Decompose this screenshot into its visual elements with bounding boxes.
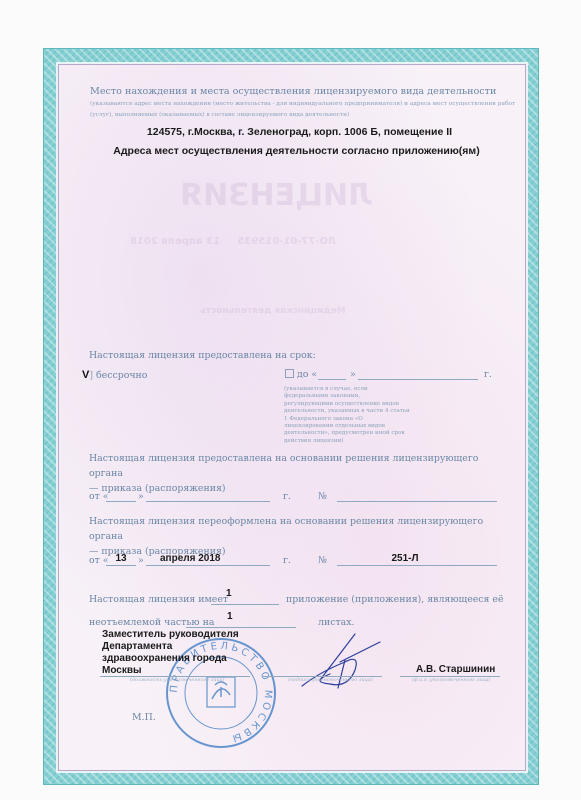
- appendix-count-value: 1: [226, 588, 232, 599]
- signatory-position: Заместитель руководителя Департамента зд…: [102, 629, 239, 677]
- appendix-line1-suffix: приложение (приложения), являющееся её: [286, 594, 504, 605]
- reissued-number-value: 251-Л: [345, 553, 465, 564]
- reissued-year-suffix: г.: [283, 555, 291, 566]
- appendix-line1-prefix: Настоящая лицензия имеет: [89, 594, 228, 605]
- appendix-line2-suffix: листах.: [318, 617, 355, 628]
- granted-number-label: №: [318, 491, 327, 502]
- granted-number-field[interactable]: [337, 501, 497, 502]
- until-date-field[interactable]: [358, 379, 478, 380]
- until-note: (указывается в случае, если федеральными…: [284, 386, 410, 445]
- granted-text-line2: — приказа (распоряжения): [89, 481, 509, 496]
- until-mid: »: [350, 369, 356, 380]
- granted-year-suffix: г.: [283, 491, 291, 502]
- reissued-month-year-field[interactable]: [146, 565, 270, 566]
- granted-day-field[interactable]: [106, 501, 136, 502]
- seal-label: М.П.: [132, 712, 156, 723]
- appendix-sheets-value: 1: [227, 611, 233, 622]
- term-until-option[interactable]: до «: [285, 369, 317, 380]
- until-checkbox[interactable]: [285, 369, 294, 378]
- reissued-day-value: 13: [106, 553, 136, 564]
- position-field: [100, 676, 250, 677]
- until-year-suffix: г.: [484, 369, 492, 380]
- granted-text-line1: Настоящая лицензия предоставлена на осно…: [89, 451, 509, 481]
- position-line: Департамента: [102, 641, 239, 653]
- until-day-field[interactable]: [318, 379, 346, 380]
- appendix-sheets-field[interactable]: [186, 627, 296, 628]
- name-field: [400, 676, 500, 677]
- addresses-note: Адреса мест осуществления деятельности с…: [0, 145, 581, 157]
- signature-caption: (подпись уполномоченного лица): [288, 678, 373, 683]
- address-value: 124575, г.Москва, г. Зеленоград, корп. 1…: [0, 126, 581, 138]
- granted-from-mid: »: [138, 491, 144, 502]
- reissued-number-field[interactable]: [337, 565, 497, 566]
- location-heading-text: Место нахождения и места осуществления л…: [90, 86, 496, 97]
- signatory-name: А.В. Старшинин: [416, 664, 495, 675]
- granted-month-year-field[interactable]: [146, 501, 270, 502]
- term-indefinite-option[interactable]: V] бессрочно: [82, 369, 147, 381]
- reissued-text-line1: Настоящая лицензия переоформлена на осно…: [89, 514, 509, 544]
- granted-text: Настоящая лицензия предоставлена на осно…: [89, 451, 509, 496]
- location-heading-note: (указываются адрес места нахождения (мес…: [90, 101, 515, 118]
- name-caption: (ф.и.о. уполномоченного лица): [412, 678, 491, 683]
- until-prefix: до «: [297, 369, 317, 380]
- reissued-month-year-value: апреля 2018: [160, 553, 220, 564]
- position-caption: (должность уполномоченного лица): [130, 678, 225, 683]
- checkbox-bracket: ]: [89, 370, 93, 381]
- signature-field: [262, 676, 382, 677]
- location-heading: Место нахождения и места осуществления л…: [90, 86, 520, 120]
- term-indefinite-label: бессрочно: [96, 370, 147, 381]
- reissued-from-mid: »: [138, 555, 144, 566]
- reissued-number-label: №: [318, 555, 327, 566]
- position-line: Заместитель руководителя: [102, 629, 239, 641]
- signature-icon: [300, 632, 400, 692]
- reissued-day-field[interactable]: [106, 565, 136, 566]
- appendix-count-field[interactable]: [211, 604, 279, 605]
- term-label: Настоящая лицензия предоставлена на срок…: [89, 350, 316, 361]
- position-line: здравоохранения города: [102, 653, 239, 665]
